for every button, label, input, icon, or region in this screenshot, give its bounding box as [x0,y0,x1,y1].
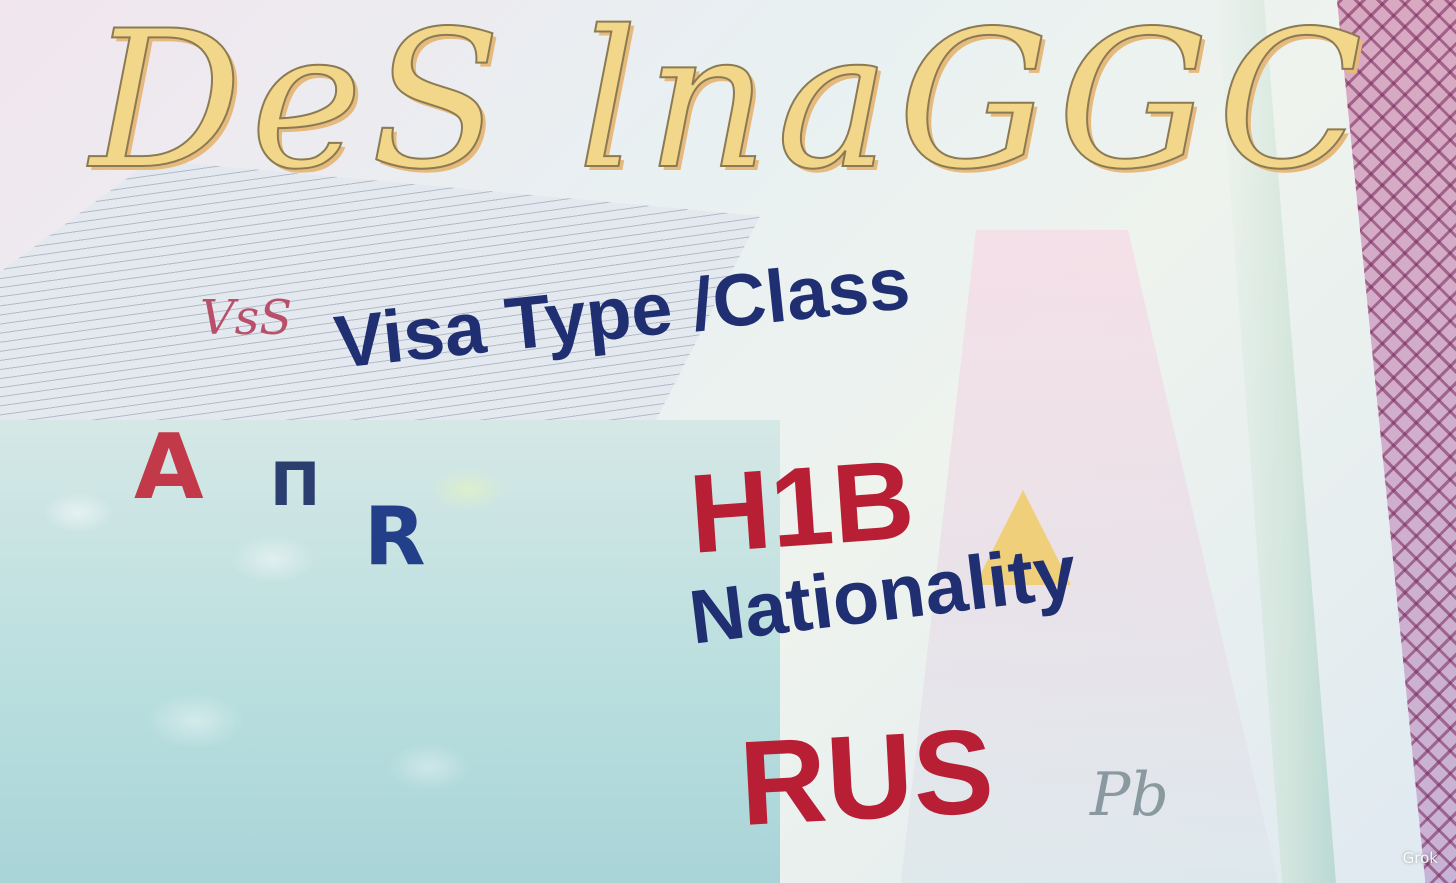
stray-glyph-a: A [134,415,204,520]
signature-scribble: Pb [1090,760,1169,830]
sketch-label: VsS [200,290,292,346]
illustration-scene: DeS lnaGGC VsS A R Π Visa Type /Class H1… [0,0,1456,883]
stray-glyph-pi: Π [270,450,320,520]
nationality-value: RUS [736,702,996,853]
stray-glyph-r: R [364,490,426,583]
ornamental-title: DeS lnaGGC [90,0,1371,211]
watermark: Grok [1403,849,1438,867]
